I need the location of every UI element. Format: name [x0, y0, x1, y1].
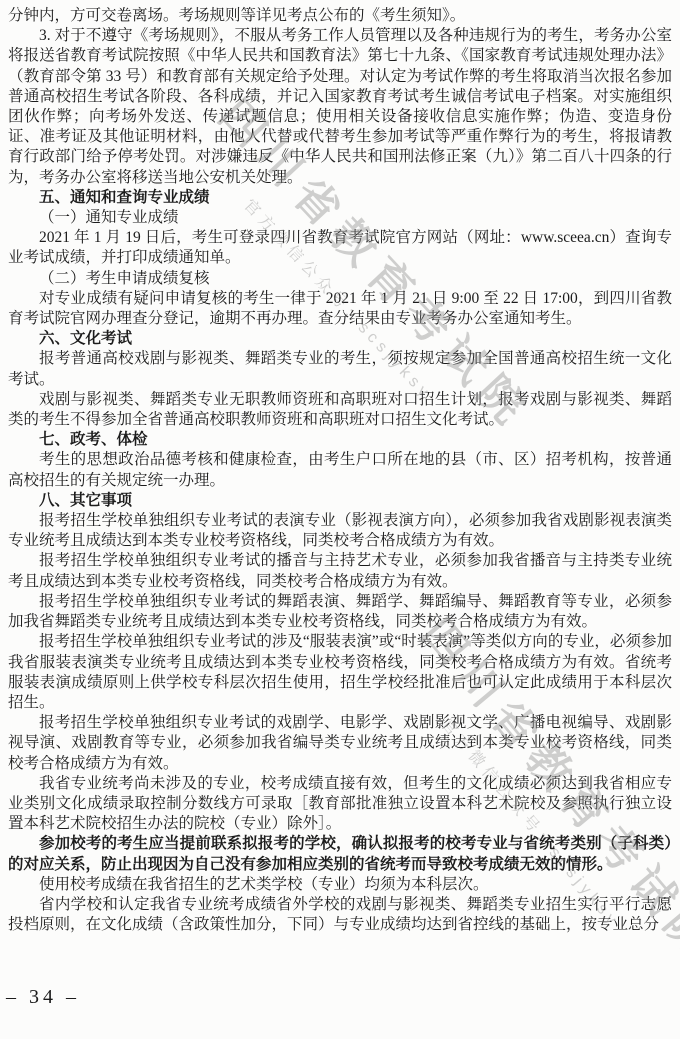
paragraph-fashion-show-major: 报考招生学校单独组织专业考试的涉及“服装表演”或“时装表演”等类似方向的专业，必… [8, 632, 672, 713]
subheading-score-review: （二）考生申请成绩复核 [8, 269, 672, 289]
page-number: – 34 – [6, 986, 80, 1009]
paragraph-uncovered-majors: 我省专业统考尚未涉及的专业，校考成绩直接有效，但考生的文化成绩必须达到我省相应专… [8, 774, 672, 835]
paragraph-rule-violations: 3. 对于不遵守《考场规则》，不服从考务工作人员管理以及各种违规行为的考生，考务… [8, 26, 672, 188]
paragraph-broadcasting-major: 报考招生学校单独组织专业考试的播音与主持艺术专业，必须参加我省播音与主持类专业统… [8, 551, 672, 591]
section-heading-political-physical: 七、政考、体检 [8, 430, 672, 450]
section-heading-other-matters: 八、其它事项 [8, 491, 672, 511]
paragraph-culture-exam-2: 戏剧与影视类、舞蹈类专业无职教师资班和高职班对口招生计划，报考戏剧与影视类、舞蹈… [8, 390, 672, 430]
paragraph-political-physical: 考生的思想政治品德考核和健康检查，由考生户口所在地的县（市、区）招考机构，按普通… [8, 450, 672, 490]
subheading-notify-scores: （一）通知专业成绩 [8, 208, 672, 228]
paragraph-acting-major: 报考招生学校单独组织专业考试的表演专业（影视表演方向），必须参加我省戏剧影视表演… [8, 511, 672, 551]
document-page: 四川省教育考试院 官方微信公众号：scsjyksy 四川省教育考试院 官方微信公… [0, 0, 680, 1039]
document-body: 分钟内，方可交卷离场。考场规则等详见考点公布的《考生须知》。 3. 对于不遵守《… [8, 6, 672, 935]
section-heading-culture-exam: 六、文化考试 [8, 329, 672, 349]
paragraph-undergraduate-level: 使用校考成绩在我省招生的艺术类学校（专业）均须为本科层次。 [8, 875, 672, 895]
paragraph-drama-film-major: 报考招生学校单独组织专业考试的戏剧学、电影学、戏剧影视文学、广播电视编导、戏剧影… [8, 713, 672, 774]
paragraph-culture-exam-1: 报考普通高校戏剧与影视类、舞蹈类专业的考生，须按规定参加全国普通高校招生统一文化… [8, 349, 672, 389]
paragraph-score-query: 2021 年 1 月 19 日后，考生可登录四川省教育考试院官方网站（网址：ww… [8, 228, 672, 268]
continuation-paragraph: 分钟内，方可交卷离场。考场规则等详见考点公布的《考生须知》。 [8, 6, 672, 26]
paragraph-score-review: 对专业成绩有疑问申请复核的考生一律于 2021 年 1 月 21 日 9:00 … [8, 289, 672, 329]
paragraph-parallel-volunteer: 省内学校和认定我省专业统考成绩省外学校的戏剧与影视类、舞蹈类专业招生实行平行志愿… [8, 895, 672, 935]
emphasis-paragraph-school-exam-notice: 参加校考的考生应当提前联系拟报考的学校，确认拟报考的校考专业与省统考类别（子科类… [8, 834, 672, 874]
section-heading-notify-scores: 五、通知和查询专业成绩 [8, 188, 672, 208]
paragraph-dance-major: 报考招生学校单独组织专业考试的舞蹈表演、舞蹈学、舞蹈编导、舞蹈教育等专业，必须参… [8, 592, 672, 632]
